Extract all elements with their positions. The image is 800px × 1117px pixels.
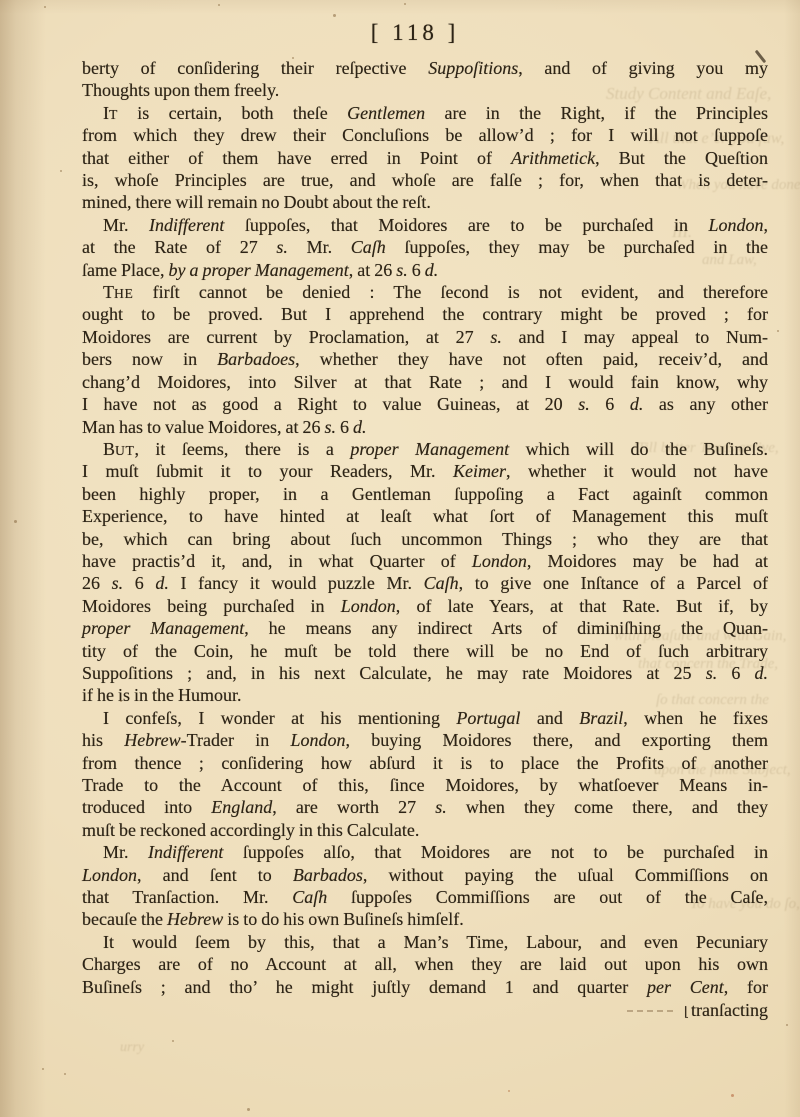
text-line: I confeſs, I wonder at his mentioning Po…	[82, 707, 768, 729]
text-line: Mr. Indifferent ſuppoſes, that Moidores …	[82, 214, 768, 236]
text-line: troduced into England, are worth 27 s. w…	[82, 796, 768, 818]
text-line: Suppoſitions ; and, in his next Calculat…	[82, 662, 768, 684]
text-line: been highly proper, in a Gentleman ſuppo…	[82, 483, 768, 505]
text-line: that Tranſaction. Mr. Caſh ſuppoſes Comm…	[82, 886, 768, 908]
text-line: Mr. Indifferent ſuppoſes alſo, that Moid…	[82, 841, 768, 863]
catchword-line: ⌊tranſacting	[82, 999, 768, 1021]
text-line: Experience, to have hinted at leaſt what…	[82, 505, 768, 527]
showthrough-text: urry	[120, 1040, 144, 1056]
text-line: chang’d Moidores, into Silver at that Ra…	[82, 371, 768, 393]
text-line: berty of conſidering their reſpective Su…	[82, 57, 768, 79]
paper-speck	[404, 3, 406, 5]
paper-speck	[786, 1024, 788, 1026]
text-line: Man has to value Moidores, at 26 s. 6 d.	[82, 416, 768, 438]
text-line: BUT, it ſeems, there is a proper Managem…	[82, 438, 768, 460]
paper-speck	[120, 700, 122, 702]
text-line: 26 s. 6 d. I fancy it would puzzle Mr. C…	[82, 572, 768, 594]
text-line: London, and ſent to Barbados, without pa…	[82, 864, 768, 886]
text-line: mined, there will remain no Doubt about …	[82, 191, 768, 213]
text-line: from which they drew their Concluſions b…	[82, 124, 768, 146]
paper-speck	[60, 170, 62, 172]
paper-speck	[731, 1094, 734, 1097]
text-line: ſame Place, by a proper Management, at 2…	[82, 259, 768, 281]
page-number: [ 118 ]	[72, 20, 758, 46]
catchword-dash	[627, 1010, 673, 1012]
text-line: IT is certain, both theſe Gentlemen are …	[82, 102, 768, 124]
page-text: berty of conſidering their reſpective Su…	[82, 57, 768, 1021]
book-page: [ 118 ] berty of conſidering their reſpe…	[0, 0, 800, 1117]
text-line: his Hebrew-Trader in London, buying Moid…	[82, 729, 768, 751]
paper-speck	[292, 57, 294, 59]
text-line: be, which can bring about ſuch uncommon …	[82, 528, 768, 550]
text-lines: berty of conſidering their reſpective Su…	[82, 57, 768, 998]
text-line: Moidores being purchaſed in London, of l…	[82, 595, 768, 617]
paper-speck	[42, 1068, 44, 1070]
paper-speck	[333, 14, 336, 17]
text-line: that either of them have erred in Point …	[82, 147, 768, 169]
paper-speck	[218, 4, 220, 6]
text-line: Moidores are current by Proclamation, at…	[82, 326, 768, 348]
text-line: have practis’d it, and, in what Quarter …	[82, 550, 768, 572]
text-line: proper Management, he means any indirect…	[82, 617, 768, 639]
text-line: I muſt ſubmit it to your Readers, Mr. Ke…	[82, 460, 768, 482]
text-line: is, whoſe Principles are true, and whoſe…	[82, 169, 768, 191]
text-line: at the Rate of 27 s. Mr. Caſh ſuppoſes, …	[82, 236, 768, 258]
catchword: tranſacting	[691, 1000, 768, 1020]
paper-speck	[508, 1090, 510, 1092]
text-line: muſt be reckoned accordingly in this Cal…	[82, 819, 768, 841]
paper-speck	[44, 6, 46, 8]
text-line: if he is in the Humour.	[82, 684, 768, 706]
text-line: becauſe the Hebrew is to do his own Buſi…	[82, 908, 768, 930]
text-line: bers now in Barbadoes, whether they have…	[82, 348, 768, 370]
paper-speck	[172, 1040, 174, 1042]
paper-speck	[14, 520, 17, 523]
catchword-mark: ⌊	[684, 1004, 689, 1019]
text-line: Charges are of no Account at all, when t…	[82, 953, 768, 975]
paper-speck	[777, 330, 779, 332]
text-line: tity of the Coin, he muſt be told there …	[82, 640, 768, 662]
text-line: I have not as good a Right to value Guin…	[82, 393, 768, 415]
paper-speck	[64, 1073, 66, 1075]
text-line: THE firſt cannot be denied : The ſecond …	[82, 281, 768, 303]
text-line: ought to be proved. But I apprehend the …	[82, 303, 768, 325]
text-line: It would ſeem by this, that a Man’s Time…	[82, 931, 768, 953]
text-line: Trade to the Account of this, ſince Moid…	[82, 774, 768, 796]
text-line: Buſineſs ; and tho’ he might juſtly dema…	[82, 976, 768, 998]
paper-speck	[247, 1108, 250, 1111]
text-line: Thoughts upon them freely.	[82, 79, 768, 101]
text-line: from thence ; conſidering how abſurd it …	[82, 752, 768, 774]
